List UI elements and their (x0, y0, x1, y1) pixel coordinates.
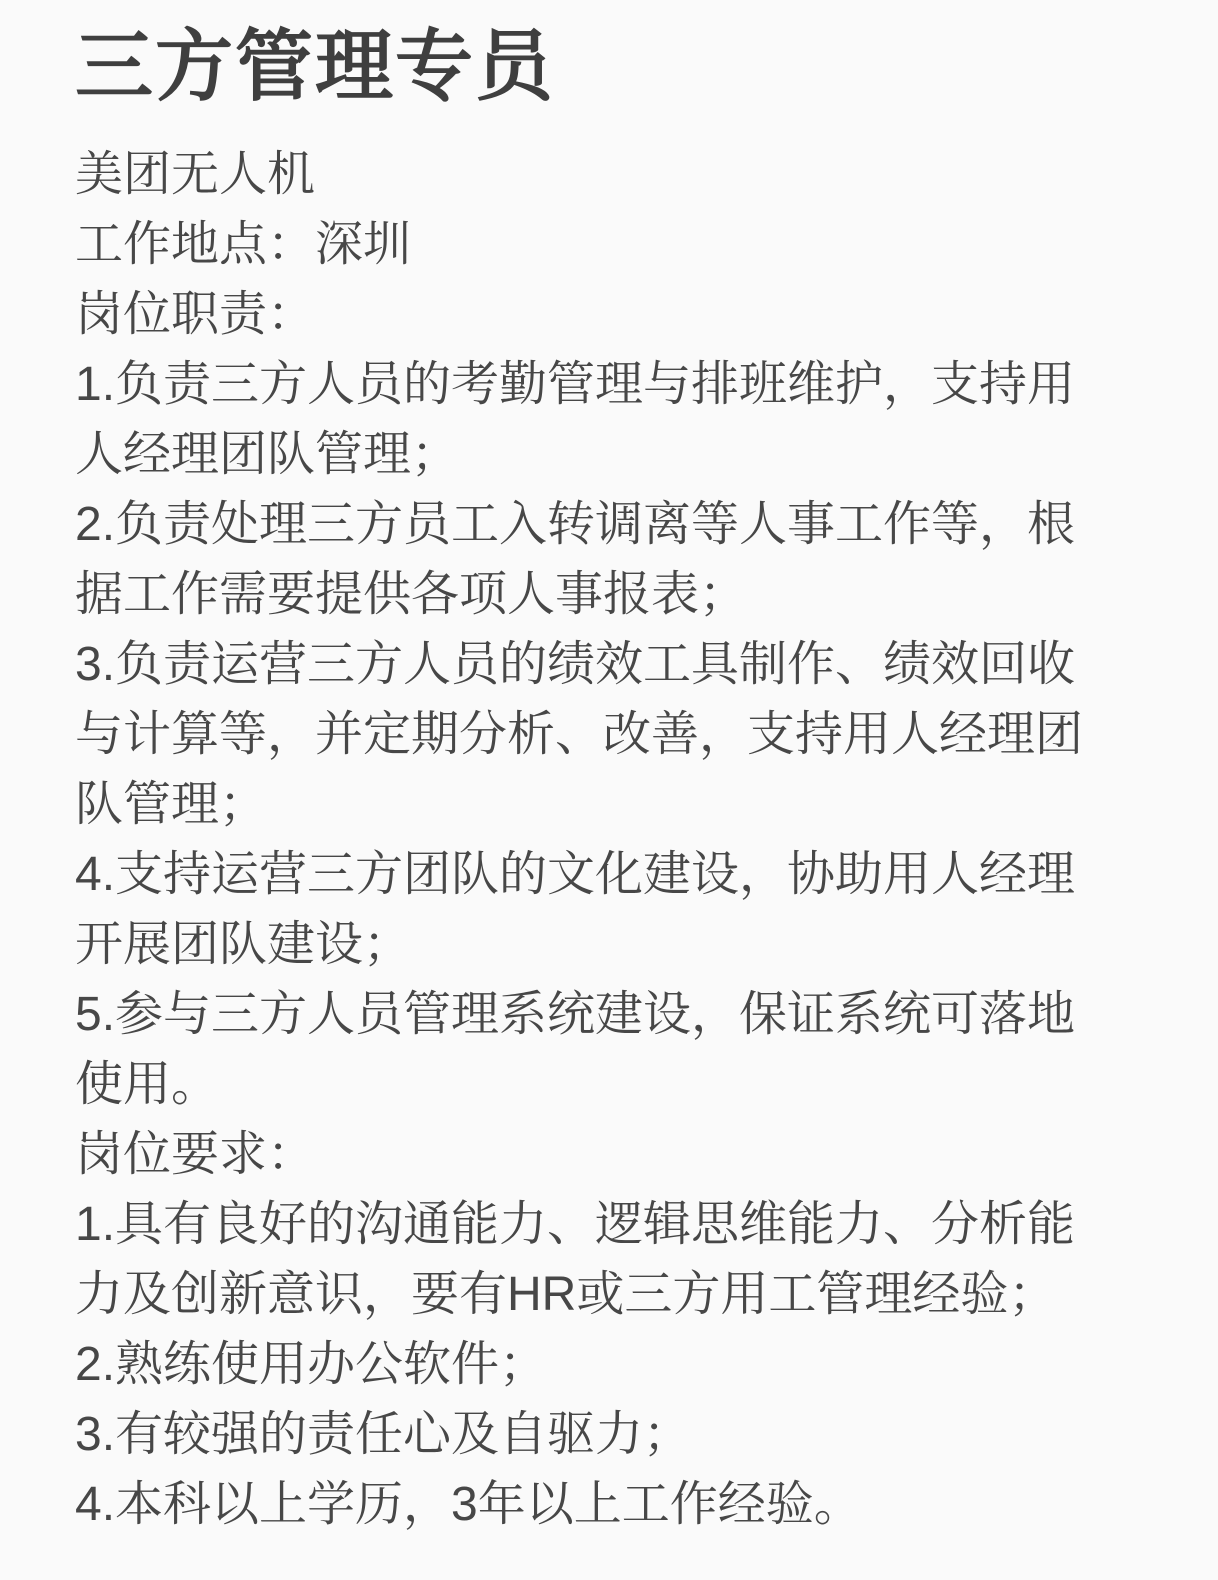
company-name: 美团无人机 (75, 140, 1095, 210)
responsibilities-list: 1.负责三方人员的考勤管理与排班维护，支持用人经理团队管理； 2.负责处理三方员… (75, 350, 1095, 1120)
job-description-page: 三方管理专员 美团无人机 工作地点：深圳 岗位职责： 1.负责三方人员的考勤管理… (0, 0, 1218, 1580)
responsibilities-heading: 岗位职责： (75, 280, 1095, 350)
requirement-item: 4.本科以上学历，3年以上工作经验。 (75, 1470, 1095, 1540)
job-description-content: 三方管理专员 美团无人机 工作地点：深圳 岗位职责： 1.负责三方人员的考勤管理… (75, 22, 1095, 1540)
responsibility-item: 2.负责处理三方员工入转调离等人事工作等，根据工作需要提供各项人事报表； (75, 490, 1095, 630)
responsibility-item: 1.负责三方人员的考勤管理与排班维护，支持用人经理团队管理； (75, 350, 1095, 490)
responsibility-item: 5.参与三方人员管理系统建设，保证系统可落地使用。 (75, 980, 1095, 1120)
job-title: 三方管理专员 (75, 22, 1095, 112)
requirements-list: 1.具有良好的沟通能力、逻辑思维能力、分析能力及创新意识，要有HR或三方用工管理… (75, 1190, 1095, 1540)
responsibility-item: 4.支持运营三方团队的文化建设，协助用人经理开展团队建设； (75, 840, 1095, 980)
responsibility-item: 3.负责运营三方人员的绩效工具制作、绩效回收与计算等，并定期分析、改善，支持用人… (75, 630, 1095, 840)
requirement-item: 1.具有良好的沟通能力、逻辑思维能力、分析能力及创新意识，要有HR或三方用工管理… (75, 1190, 1095, 1330)
requirements-heading: 岗位要求： (75, 1120, 1095, 1190)
requirement-item: 2.熟练使用办公软件； (75, 1330, 1095, 1400)
job-location: 工作地点：深圳 (75, 210, 1095, 280)
requirement-item: 3.有较强的责任心及自驱力； (75, 1400, 1095, 1470)
